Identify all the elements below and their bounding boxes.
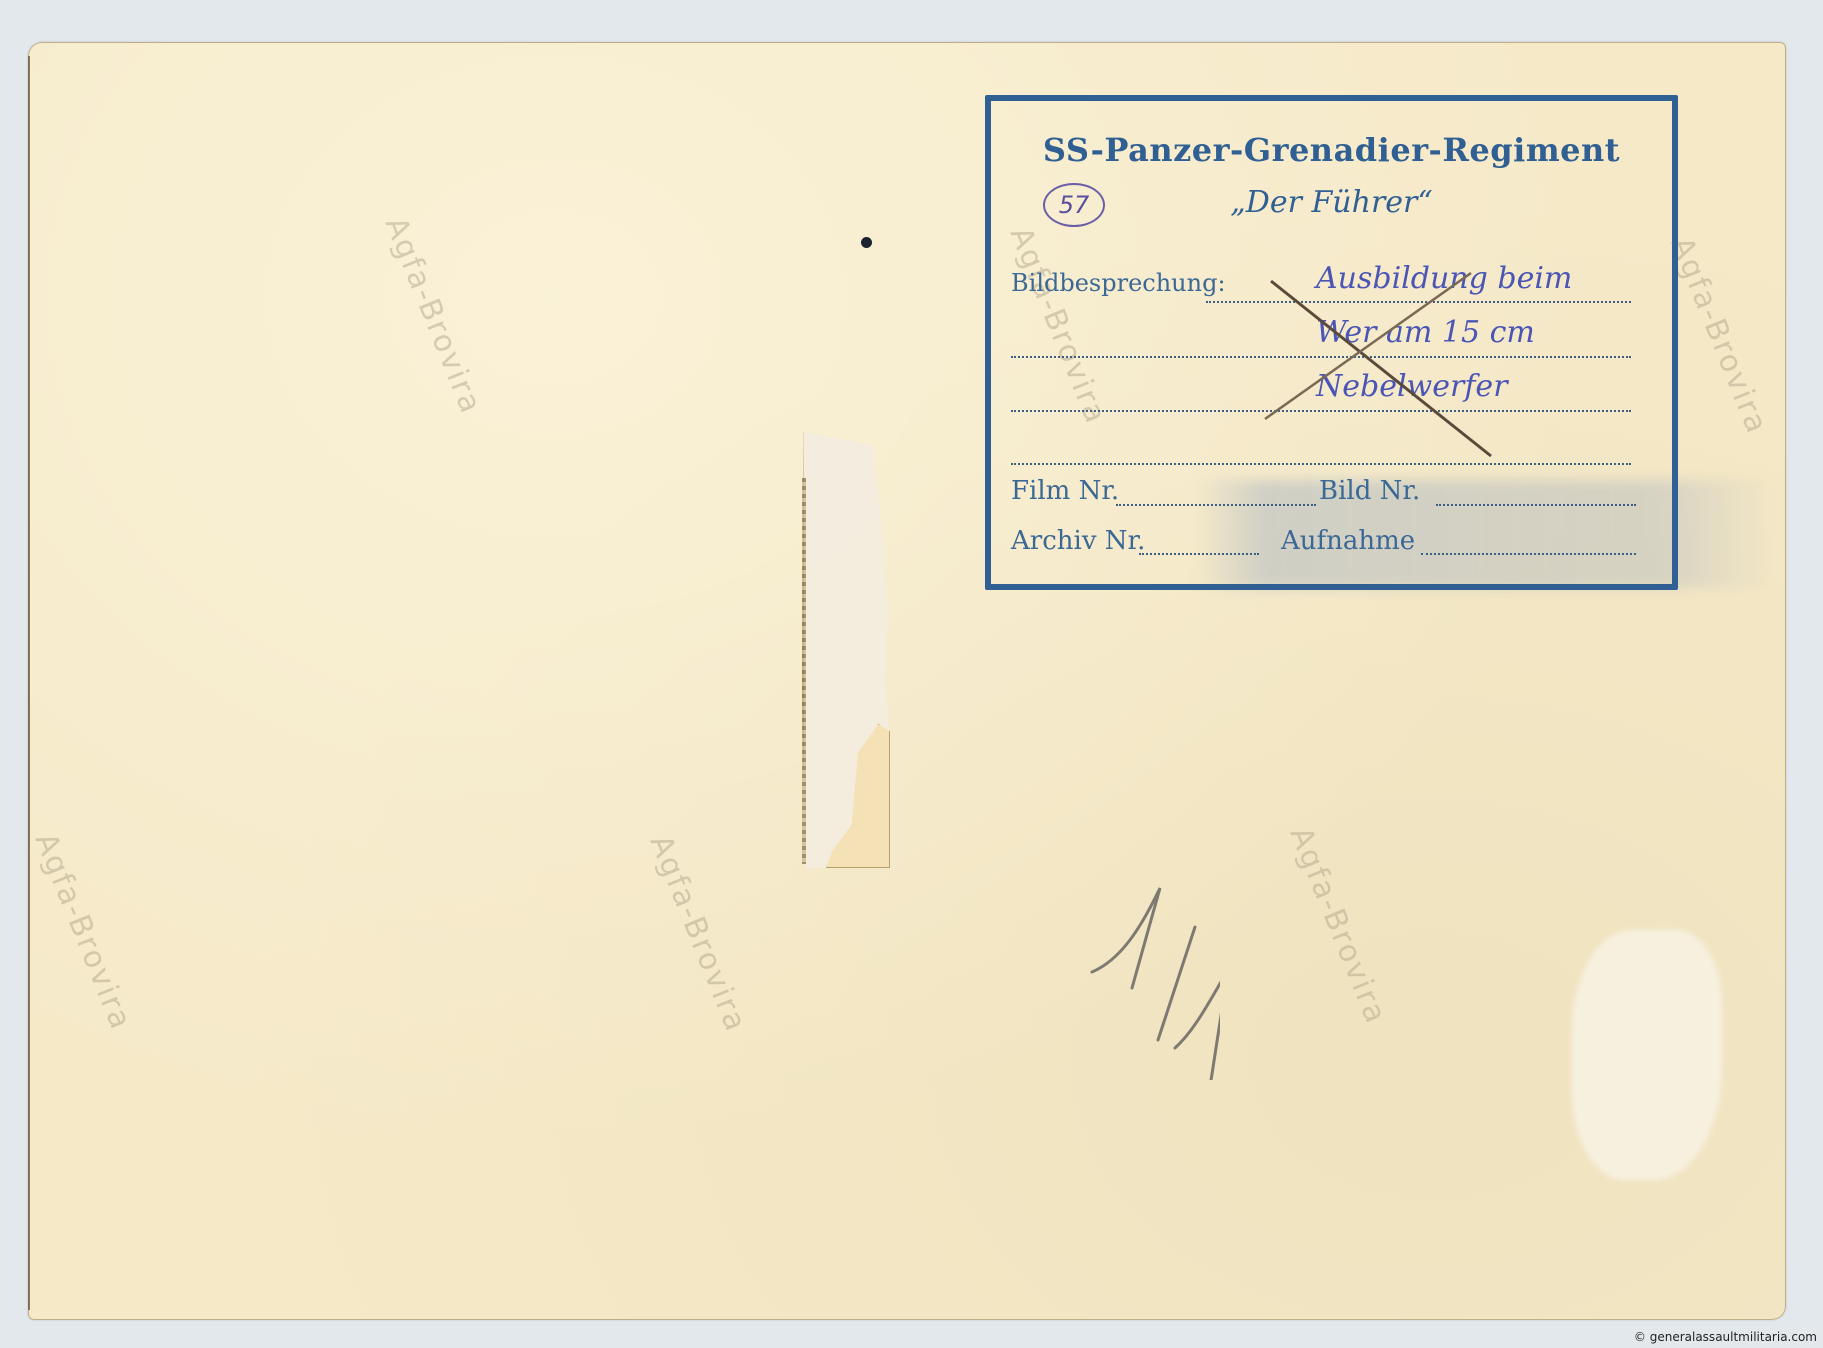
regiment-stamp: SS-Panzer-Grenadier-Regiment 57 „Der Füh… xyxy=(985,95,1678,590)
tape-remnant-edge xyxy=(802,478,806,864)
bildbesprechung-label: Bildbesprechung: xyxy=(1011,269,1226,297)
handwritten-caption-line-1: Ausbildung beim xyxy=(1316,261,1572,296)
caption-line-2 xyxy=(1011,356,1631,358)
ink-spot xyxy=(861,237,872,248)
paper-residue-patch xyxy=(1572,930,1722,1180)
handwritten-caption-line-3: Nebelwerfer xyxy=(1316,369,1508,404)
caption-line-4 xyxy=(1011,463,1631,465)
stamp-title: SS-Panzer-Grenadier-Regiment xyxy=(991,131,1672,169)
pencil-marking-1-1 xyxy=(1060,870,1220,1080)
handwritten-caption-line-2: Wer am 15 cm xyxy=(1316,315,1535,350)
archiv-nr-line xyxy=(1139,553,1259,555)
archiv-nr-label: Archiv Nr. xyxy=(1011,526,1145,556)
copyright-notice: © generalassaultmilitaria.com xyxy=(1634,1330,1817,1344)
aufnahme-line xyxy=(1421,553,1636,555)
bild-nr-label: Bild Nr. xyxy=(1319,476,1420,506)
card-edge xyxy=(28,56,30,1310)
caption-line-3 xyxy=(1011,410,1631,412)
stamp-subtitle: „Der Führer“ xyxy=(991,185,1672,220)
film-nr-label: Film Nr. xyxy=(1011,476,1119,506)
caption-line-1 xyxy=(1206,301,1631,303)
aufnahme-label: Aufnahme xyxy=(1281,526,1415,556)
film-nr-line xyxy=(1116,504,1316,506)
bild-nr-line xyxy=(1436,504,1636,506)
